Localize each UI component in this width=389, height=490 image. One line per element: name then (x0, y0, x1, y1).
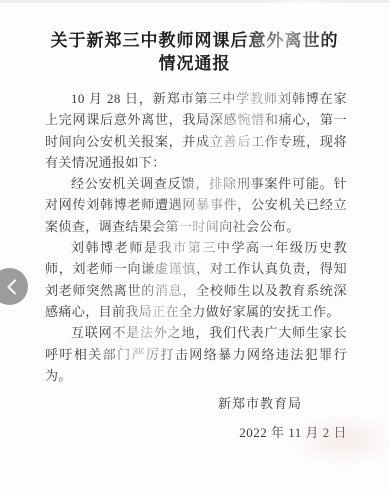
page-title-line1: 关于新郑三中教师网课后意外离世的 (51, 31, 339, 50)
page-title: 关于新郑三中教师网课后意外离世的 情况通报 (18, 29, 371, 75)
notice-body: 10 月 28 日，新郑市第三中学教师刘韩博在家上完网课后意外离世，我局深感惋惜… (45, 88, 347, 386)
scan-top-edge (0, 0, 389, 3)
issue-date: 2022 年 11 月 2 日 (239, 422, 347, 441)
issuer-signature: 新郑市教育局 (218, 393, 302, 412)
chevron-left-icon (3, 276, 23, 298)
notice-document-page: 关于新郑三中教师网课后意外离世的 情况通报 10 月 28 日，新郑市第三中学教… (0, 0, 389, 490)
paragraph-3: 刘韩博老师是我市第三中学高一年级历史教师，刘老师一向谦虚谨慎，对工作认真负责，得… (45, 237, 347, 322)
paragraph-2: 经公安机关调查反馈，排除刑事案件可能。针对网传刘韩博老师遭遇网暴事件，公安机关已… (45, 173, 347, 237)
page-title-line2: 情况通报 (159, 54, 231, 73)
paragraph-1: 10 月 28 日，新郑市第三中学教师刘韩博在家上完网课后意外离世，我局深感惋惜… (45, 88, 347, 173)
paragraph-4: 互联网不是法外之地，我们代表广大师生家长呼吁相关部门严厉打击网络暴力网络违法犯罪… (45, 322, 347, 386)
back-button[interactable] (0, 268, 28, 305)
